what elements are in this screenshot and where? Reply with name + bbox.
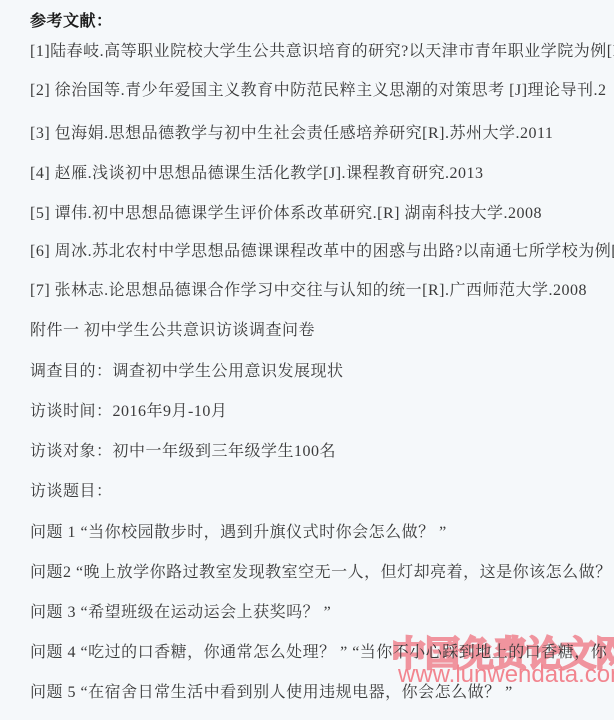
interview-subjects: 访谈对象：初中一年级到三年级学生100名 [30, 438, 336, 461]
interview-time: 访谈时间：2016年9月-10月 [30, 398, 227, 421]
question-item-3: 问题 3 “希望班级在运动运会上获奖吗？ ” [30, 599, 331, 622]
reference-item-3: [3] 包海娟.思想品德教学与初中生社会责任感培养研究[R].苏州大学.2011 [30, 120, 553, 143]
interview-topics-label: 访谈题目： [30, 478, 113, 501]
reference-item-2: [2] 徐治国等.青少年爱国主义教育中防范民粹主义思潮的对策思考 [J]理论导刊… [30, 77, 607, 100]
reference-item-6: [6] 周冰.苏北农村中学思想品德课课程改革中的困惑与出路?以南通七所学校为例[ [30, 238, 614, 261]
reference-item-1: [1]陆春岐.高等职业院校大学生公共意识培育的研究?以天津市青年职业学院为例[R… [30, 38, 614, 61]
question-item-2: 问题2 “晚上放学你路过教室发现教室空无一人，但灯却亮着，这是你该怎么做？ [30, 559, 612, 582]
references-heading: 参考文献： [30, 8, 113, 31]
question-item-1: 问题 1 “当你校园散步时，遇到升旗仪式时你会怎么做？ ” [30, 519, 447, 542]
question-item-4: 问题 4 “吃过的口香糖，你通常怎么处理？ ” “当你不小心踩到地上的口香糖，你 [30, 639, 607, 662]
reference-item-7: [7] 张林志.论思想品德课合作学习中交往与认知的统一[R].广西师范大学.20… [30, 277, 587, 300]
reference-item-4: [4] 赵雁.浅谈初中思想品德课生活化教学[J].课程教育研究.2013 [30, 160, 484, 183]
question-item-5: 问题 5 “在宿舍日常生活中看到别人使用违规电器，你会怎么做？ ” [30, 679, 513, 702]
attachment-title: 附件一 初中学生公共意识访谈调查问卷 [30, 317, 315, 340]
reference-item-5: [5] 谭伟.初中思想品德课学生评价体系改革研究.[R] 湖南科技大学.2008 [30, 200, 542, 223]
survey-purpose: 调查目的：调查初中学生公用意识发展现状 [30, 358, 344, 381]
